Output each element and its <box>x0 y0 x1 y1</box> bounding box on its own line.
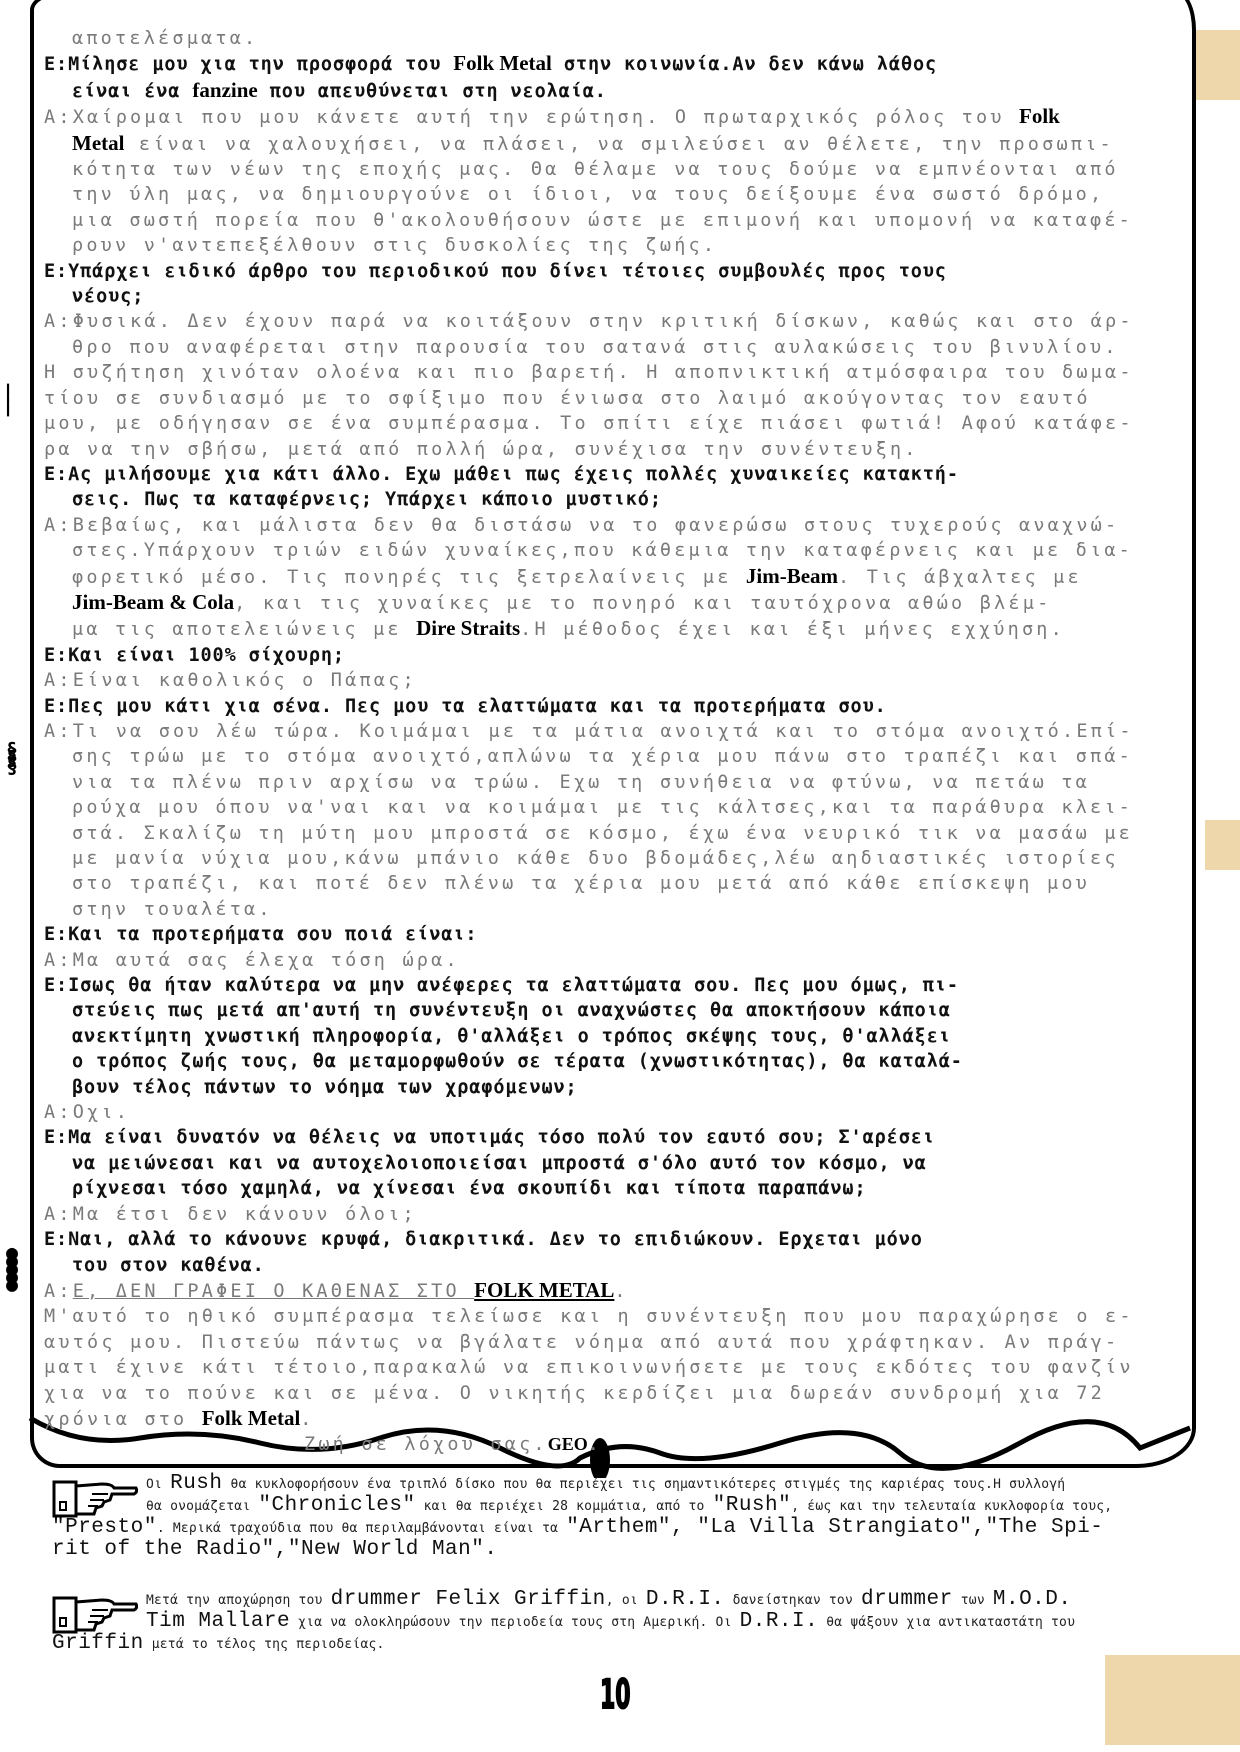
question-prefix: E: <box>44 261 68 282</box>
answer-prefix: A: <box>44 670 73 691</box>
text-line: ρουν ν'αντεπεξέλθουν στις δυσκολίες της … <box>44 233 1179 258</box>
text-line: ρίχνεσαι τόσο χαμηλά, να χίνεσαι ένα σκο… <box>44 1176 1179 1201</box>
magazine-name: Metal <box>72 131 124 155</box>
question-paragraph: E:Πες μου κάτι χια σένα. Πες μου τα ελατ… <box>44 694 1179 719</box>
band-name: Rush <box>170 1472 222 1495</box>
signature-name: GEO <box>548 1434 588 1454</box>
text-line: μια σωστή πορεία που θ'ακολουθήσουν ώστε… <box>44 208 1179 233</box>
text-line: στο τραπέζι, και ποτέ δεν πλένω τα χέρια… <box>44 871 1179 896</box>
text-line: Μ'αυτό το ηθικό συμπέρασμα τελείωσε και … <box>44 1304 1179 1329</box>
page-number: 10 <box>600 1672 631 1718</box>
answer-prefix: A: <box>44 721 73 742</box>
text-line: . Μερικά τραχούδια που θα περιλαμβάνοντα… <box>157 1521 566 1536</box>
text-line: Φυσικά. Δεν έχουν παρά να κοιτάξουν στην… <box>73 311 1134 332</box>
squiggle-doodle: ᑊᑊᑊᑊ <box>6 388 10 420</box>
text-line: Μίλησε μου χια την προσφορά του <box>68 54 453 75</box>
answer-prefix: A: <box>44 311 73 332</box>
answer-paragraph: αποτελέσματα. <box>44 26 1179 51</box>
answer-prefix: A: <box>44 1281 73 1302</box>
text-line: να μειώνεσαι και να αυτοχελοιοποιείσαι μ… <box>44 1151 1179 1176</box>
musician-name: drummer Felix Griffin <box>331 1588 606 1611</box>
answer-paragraph: A:Είναι καθολικός ο Πάπας; <box>44 668 1179 693</box>
text-line: χια να το πούνε και σε μένα. Ο νικητής κ… <box>44 1381 1179 1406</box>
text-line: . <box>588 1434 602 1455</box>
text-line: του στον καθένα. <box>44 1253 1179 1278</box>
closing-paragraph: Μ'αυτό το ηθικό συμπέρασμα τελείωσε και … <box>44 1304 1179 1432</box>
question-paragraph: E:Ας μιλήσουμε χια κάτι άλλο. Εχω μάθει … <box>44 462 1179 513</box>
text-line: ο τρόπος ζωής τους, θα μεταμορφωθούν σε … <box>44 1049 1179 1074</box>
question-paragraph: E:Μα είναι δυνατόν να θέλεις να υποτιμάς… <box>44 1125 1179 1201</box>
question-paragraph: E:Ισως θα ήταν καλύτερα να μην ανέφερες … <box>44 973 1179 1100</box>
question-prefix: E: <box>44 645 68 666</box>
text-line: Οι <box>146 1477 170 1492</box>
text-line: Η συζήτηση χινόταν ολοένα και πιο βαρετή… <box>44 360 1179 385</box>
answer-prefix: A: <box>44 107 73 128</box>
text-line: Μα είναι δυνατόν να θέλεις να υποτιμάς τ… <box>68 1127 935 1148</box>
text-line: ματι έχινε κάτι τέτοιο,παρακαλώ να επικο… <box>44 1355 1179 1380</box>
text-line: Είναι καθολικός ο Πάπας; <box>73 670 417 691</box>
text-line: μα τις αποτελειώνεις με <box>72 619 416 640</box>
text-line: στες.Υπάρχουν τριών ειδών χυναίκες,που κ… <box>44 538 1179 563</box>
paper-stain <box>1205 820 1240 870</box>
answer-paragraph: A:Χαίρομαι που μου κάνετε αυτή την ερώτη… <box>44 104 1179 258</box>
paper-stain <box>1195 30 1240 100</box>
text-line: βουν τέλος πάντων το νόημα των χραφόμενω… <box>44 1075 1179 1100</box>
interview-body: αποτελέσματα. E:Μίλησε μου χια την προσφ… <box>44 26 1179 1458</box>
text-line: Και είναι 100% σίχουρη; <box>68 645 345 666</box>
text-line: ανεκτίμητη χνωστική πληροφορία, θ'αλλάξε… <box>44 1024 1179 1049</box>
text-line: κότητα των νέων της εποχής μας. Θα θέλαμ… <box>44 157 1179 182</box>
text-line: τίου σε συνδιασμό με το σφίξιμο που ένιω… <box>44 386 1179 411</box>
text-line: είναι να χαλουχήσει, να πλάσει, να σμιλε… <box>124 134 1113 155</box>
fanzine-word: fanzine <box>192 78 257 102</box>
album-name: "Chronicles" <box>258 1494 415 1517</box>
text-line: drummer <box>861 1588 953 1611</box>
question-prefix: E: <box>44 1127 68 1148</box>
text-line: είναι ένα <box>72 81 192 102</box>
text-line: την ύλη μας, να δημιουργούνε οι ίδιοι, ν… <box>44 182 1179 207</box>
song-list: "Arthem", "La Villa Strangiato","The Spi… <box>566 1516 1103 1539</box>
question-paragraph: E:Και τα προτερήματα σου ποιά είναι: <box>44 922 1179 947</box>
text-line: Βεβαίως, και μάλιστα δεν θα διστάσω να τ… <box>73 515 1120 536</box>
text-line: , οι <box>606 1593 646 1608</box>
text-line: με μανία νύχια μου,κάνω μπάνιο κάθε δυο … <box>44 846 1179 871</box>
text-line: στην τουαλέτα. <box>44 897 1179 922</box>
text-line: Πες μου κάτι χια σένα. Πες μου τα ελαττώ… <box>68 696 887 717</box>
text-line: Μετά την αποχώρηση του <box>146 1593 331 1608</box>
text-line: Τι να σου λέω τώρα. Κοιμάμαι με τα μάτια… <box>73 721 1134 742</box>
brand-name: Jim-Beam <box>746 564 838 588</box>
band-name: D.R.I. <box>646 1588 725 1611</box>
text-line: στην κοινωνία.Αν δεν κάνω λάθος <box>552 54 937 75</box>
text-line: . <box>614 1281 628 1302</box>
answer-paragraph: A:Μα αυτά σας έλεχα τόση ώρα. <box>44 948 1179 973</box>
squiggle-doodle: ᑊᑊᑊᑊ <box>1192 985 1196 1017</box>
text-line: σεις. Πως τα καταφέρνεις; Υπάρχει κάποιο… <box>44 487 1179 512</box>
question-paragraph: E:Και είναι 100% σίχουρη; <box>44 643 1179 668</box>
news-item-rush: Οι Rush θα κυκλοφορήσουν ένα τριπλό δίσκ… <box>52 1472 1192 1560</box>
squiggle-doodle: ●●●●● <box>6 1248 18 1288</box>
answer-paragraph: A:Βεβαίως, και μάλιστα δεν θα διστάσω να… <box>44 513 1179 643</box>
answer-paragraph: A:Τι να σου λέω τώρα. Κοιμάμαι με τα μάτ… <box>44 719 1179 922</box>
text-line: Ας μιλήσουμε χια κάτι άλλο. Εχω μάθει πω… <box>68 464 959 485</box>
text-line: που απευθύνεται στη νεολαία. <box>258 81 607 102</box>
squiggle-doodle: §§§ <box>6 746 18 770</box>
magazine-name: FOLK METAL <box>474 1278 614 1302</box>
answer-paragraph: A:Φυσικά. Δεν έχουν παρά να κοιτάξουν στ… <box>44 309 1179 461</box>
album-name: "Presto" <box>52 1516 157 1539</box>
text-line: ρούχα μου όπου να'ναι και να κοιμάμαι με… <box>44 795 1179 820</box>
text-line: νέους; <box>44 284 1179 309</box>
text-line: , έως και την τελευταία κυκλοφορία τους, <box>791 1499 1112 1514</box>
question-prefix: E: <box>44 464 68 485</box>
text-line: Μα αυτά σας έλεχα τόση ώρα. <box>73 950 460 971</box>
question-paragraph: E:Ναι, αλλά το κάνουνε κρυφά, διακριτικά… <box>44 1227 1179 1278</box>
text-line: χρόνια στο <box>44 1409 202 1430</box>
text-line: θρο που αναφέρεται στην παρουσία του σατ… <box>44 335 1179 360</box>
text-line: μου, με οδήγησαν σε ένα συμπέρασμα. Το σ… <box>44 411 1179 436</box>
text-line: Οχι. <box>73 1102 130 1123</box>
band-name: M.O.D. <box>993 1588 1072 1611</box>
text-line: Υπάρχει ειδικό άρθρο του περιοδικού που … <box>68 261 947 282</box>
text-line: Ε, ΔΕΝ ΓΡΑΦΕΙ Ο ΚΑΘΕΝΑΣ ΣΤΟ <box>73 1281 474 1302</box>
question-paragraph: E:Μίλησε μου χια την προσφορά του Folk M… <box>44 51 1179 104</box>
text-line: σης τρώω με το στόμα ανοιχτό,απλώνω τα χ… <box>44 744 1179 769</box>
text-line: .Η μέθοδος έχει και έξι μήνες εχχύηση. <box>520 619 1065 640</box>
band-name: D.R.I. <box>740 1610 819 1633</box>
text-line: θα ψάξουν χια αντικαταστάτη του <box>818 1615 1075 1630</box>
text-line: Μα έτσι δεν κάνουν όλοι; <box>73 1204 417 1225</box>
answer-paragraph: A:Οχι. <box>44 1100 1179 1125</box>
text-line: χια να ολοκληρώσουν την περιοδεία τους σ… <box>290 1615 740 1630</box>
text-line: Και τα προτερήματα σου ποιά είναι: <box>68 924 477 945</box>
text-line: θα κυκλοφορήσουν ένα τριπλό δίσκο που θα… <box>223 1477 1066 1492</box>
magazine-name: Folk Metal <box>453 51 552 75</box>
album-name: "Rush" <box>713 1494 792 1517</box>
band-name: Dire Straits <box>416 616 520 640</box>
magazine-name: Folk Metal <box>202 1406 301 1430</box>
text-line: , και τις χυναίκες με το πονηρό και ταυτ… <box>234 593 1051 614</box>
text-line: στεύεις πως μετά απ'αυτή τη συνέντευξη ο… <box>44 998 1179 1023</box>
text-line: και θα περιέχει 28 κομμάτια, από το <box>416 1499 713 1514</box>
text-line: . Τις άβχαλτες με <box>838 567 1082 588</box>
paper-stain <box>1105 1655 1240 1745</box>
text-line: Ισως θα ήταν καλύτερα να μην ανέφερες τα… <box>68 975 959 996</box>
question-prefix: E: <box>44 924 68 945</box>
answer-prefix: A: <box>44 1204 73 1225</box>
musician-name: Griffin <box>52 1632 144 1655</box>
question-prefix: E: <box>44 1229 68 1250</box>
song-list: rit of the Radio","New World Man". <box>52 1538 497 1561</box>
text-line: Χαίρομαι που μου κάνετε αυτή την ερώτηση… <box>73 107 1019 128</box>
question-prefix: E: <box>44 696 68 717</box>
signature-text: Ζωή σε λόχου σας. <box>304 1434 548 1455</box>
musician-name: Tim Mallare <box>146 1610 290 1633</box>
news-item-dri: Μετά την αποχώρηση του drummer Felix Gri… <box>52 1588 1192 1654</box>
pointing-hand-icon <box>52 1476 138 1518</box>
signature: Ζωή σε λόχου σας.GEO. <box>44 1432 1179 1457</box>
question-paragraph: E:Υπάρχει ειδικό άρθρο του περιοδικού πο… <box>44 259 1179 310</box>
text-line: μετά το τέλος της περιοδείας. <box>144 1637 385 1652</box>
answer-prefix: A: <box>44 950 73 971</box>
text-line: Ναι, αλλά το κάνουνε κρυφά, διακριτικά. … <box>68 1229 923 1250</box>
text-line: νια τα πλένω πριν αρχίσω να τρώω. Εχω τη… <box>44 770 1179 795</box>
pointing-hand-icon <box>52 1592 138 1634</box>
question-prefix: E: <box>44 54 68 75</box>
text-line: δανείστηκαν τον <box>725 1593 861 1608</box>
text-line: αποτελέσματα. <box>44 26 1179 51</box>
squiggle-doodle: ᑊᑊᑊᑊ <box>1192 405 1196 437</box>
text-line: θα ονομάζεται <box>146 1499 258 1514</box>
answer-prefix: A: <box>44 1102 73 1123</box>
text-line: . <box>300 1409 314 1430</box>
text-line: φορετικό μέσο. Τις πονηρές τις ξετρελαίν… <box>72 567 746 588</box>
answer-paragraph: A:Μα έτσι δεν κάνουν όλοι; <box>44 1202 1179 1227</box>
text-line: στά. Σκαλίζω τη μύτη μου μπροστά σε κόσμ… <box>44 821 1179 846</box>
answer-paragraph: A:Ε, ΔΕΝ ΓΡΑΦΕΙ Ο ΚΑΘΕΝΑΣ ΣΤΟ FOLK METAL… <box>44 1278 1179 1304</box>
answer-prefix: A: <box>44 515 73 536</box>
question-prefix: E: <box>44 975 68 996</box>
magazine-name: Folk <box>1019 104 1060 128</box>
text-line: αυτός μου. Πιστεύω πάντως να βγάλατε νόη… <box>44 1330 1179 1355</box>
brand-name: Jim-Beam & Cola <box>72 590 234 614</box>
text-line: ρα να την σβήσω, μετά από πολλή ώρα, συν… <box>44 437 1179 462</box>
text-line: των <box>953 1593 993 1608</box>
